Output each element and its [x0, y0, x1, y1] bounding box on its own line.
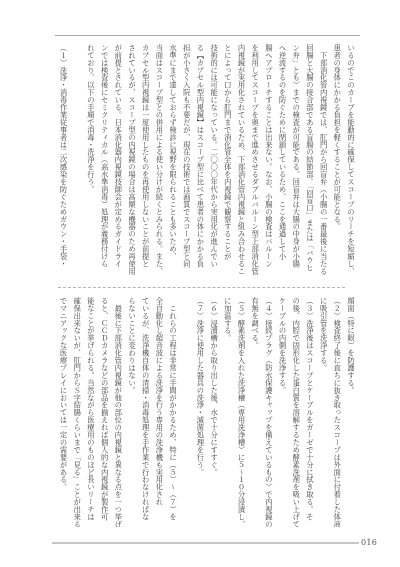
text-column: 顔面（特に眼）を防護する。 — [344, 297, 358, 527]
text-column: （４）接続プラグ（防水保護キャップを備えているもの）で内視鏡の漏水の — [262, 297, 276, 527]
text-column: 担が小さく入院も不要だが、現在の技術では画質でスコープ型と同 — [180, 44, 194, 278]
text-column: へ逆流するのを防ぐために閉鎖しているため、ここを通過して小 — [276, 44, 290, 278]
text-column: 水準にまで達しておらず検診に視野を限られることも多いため、 — [166, 44, 180, 278]
text-column: いるのでこのカーブを能動的に確保してスコープのリーチを短縮し、 — [344, 44, 358, 278]
tier-divider — [58, 287, 345, 288]
text-column: されているが、スコープ型の内視鏡の場合は高額な機器のため再使用 — [125, 44, 139, 278]
text-column: 回腸と大腸の接合部である盲腸の結節部。「回盲口」または「バウヒ — [303, 44, 317, 278]
text-column: ているが、洗浄機自体の清掃・消毒処理を手作業で行わなければな — [139, 297, 153, 527]
text-column: 患者の身体にかかる負担を軽くすることが可能となる。 — [331, 44, 345, 278]
text-column: が前提とされている。日本消化器内視鏡技師会が定めるガイドライ — [112, 44, 126, 278]
upper-text-tier: いるのでこのカーブを能動的に確保してスコープのリーチを短縮し、 患者の身体にかか… — [56, 44, 358, 278]
text-column: でマニアックな医療プレイにおいては一定の需要がある。 — [57, 297, 71, 527]
text-column: 最後に下部消化管内視鏡が他の部位の内視鏡と異なる点を一つ挙げ — [112, 297, 126, 527]
page-number: 016 — [361, 538, 377, 548]
text-column: に加温する。 — [221, 297, 235, 527]
text-column: とによって口から肛門まで消化管全体を内視鏡で観察することが — [221, 44, 235, 278]
lower-text-tier: 顔面（特に眼）を防護する。 （２）検査終了後に直ちに抜き取ったスコープは外面に付… — [56, 297, 358, 527]
text-column: （２）検査終了後に直ちに抜き取ったスコープは外面に付着した体液と共 — [331, 297, 345, 527]
text-column: 確保出来ないが、肛門からＳ字結腸くらいまで「見る」ことが出来るの — [71, 297, 85, 527]
text-column: （７）洗浄に使用した器具の洗浄・滅菌処理を行う。 — [194, 297, 208, 527]
header-rule — [55, 35, 360, 36]
text-column: ると、ＣＣＤカメラなどの部品を揃えれば個人的な内視鏡が製作可 — [98, 297, 112, 527]
text-column: 内視鏡が実用化されているため、下部消化管内視鏡と組み合わせるこ — [235, 44, 249, 278]
text-column: 当面はスコープ型との併用による使い分けが続くとみられる。また、 — [153, 44, 167, 278]
text-column: これらの工程は非常に手間がかかるため、特に（５）〜（７）を — [166, 297, 180, 527]
text-column: 有無を調べる。 — [249, 297, 263, 527]
text-column: （６）浸漬槽から取り出した後、水で十分にすすぐ。 — [207, 297, 221, 527]
text-column: ン弁」とも）までの検査が可能である。回盲弁は大腸の中身が小腸 — [290, 44, 304, 278]
text-column: らないことに変わりはない。 — [125, 297, 139, 527]
text-column: 腸へアプローチすることは出来ない。なお、小腸の検査はバルーン — [262, 44, 276, 278]
text-column: の後、内腔で固形化した蛋白質を溶解するため酵素洗剤を吸い上げて — [290, 297, 304, 527]
text-column: 能なことが挙げられる。当然ながら医療用のものほど長いリーチは — [84, 297, 98, 527]
text-column: ケーブルの内側を洗浄する。 — [276, 297, 290, 527]
text-column: （３）洗浄後はスコープとケーブルをガーゼで十分に拭き取る。そ — [303, 297, 317, 527]
text-column: 下部消化管内視鏡では、肛門から回盲弁（小腸の一番最後に当たる — [317, 44, 331, 278]
text-column: （１）洗浄・消毒作業従事者は二次感染を防ぐためガウン・手袋・ — [57, 44, 71, 278]
text-column: に吸引管を洗浄する。 — [317, 297, 331, 527]
text-column: （５）酵素洗剤を入れた洗浄槽（専用洗浄槽）に５〜１０分浸漬し、４０度 — [235, 297, 249, 527]
text-column: 全自動化し超音波による洗浄を行う専用の洗浄機も実用化され — [153, 297, 167, 527]
text-column: る【カプセル型内視鏡】はスコープ型に比べて患者の体にかかる負 — [194, 44, 208, 278]
footer-rule — [52, 542, 359, 544]
text-column: ンでは検査後にセミクリティカル（高水準消毒）処理が義務付けら — [98, 44, 112, 278]
column-spacer — [71, 44, 85, 278]
text-column: を利用してスコープを奥まで進めさせるダブルバルーン型上部消化管 — [249, 44, 263, 278]
column-spacer — [180, 297, 194, 527]
text-column: 技術的には可能になっている。二〇〇〇年代から実用化が進んでい — [207, 44, 221, 278]
text-column: れており、以下の手順で消毒・洗浄を行う。 — [84, 44, 98, 278]
text-column: カプセル型内視鏡は一度使用したものを再使用しないことが前提と — [139, 44, 153, 278]
